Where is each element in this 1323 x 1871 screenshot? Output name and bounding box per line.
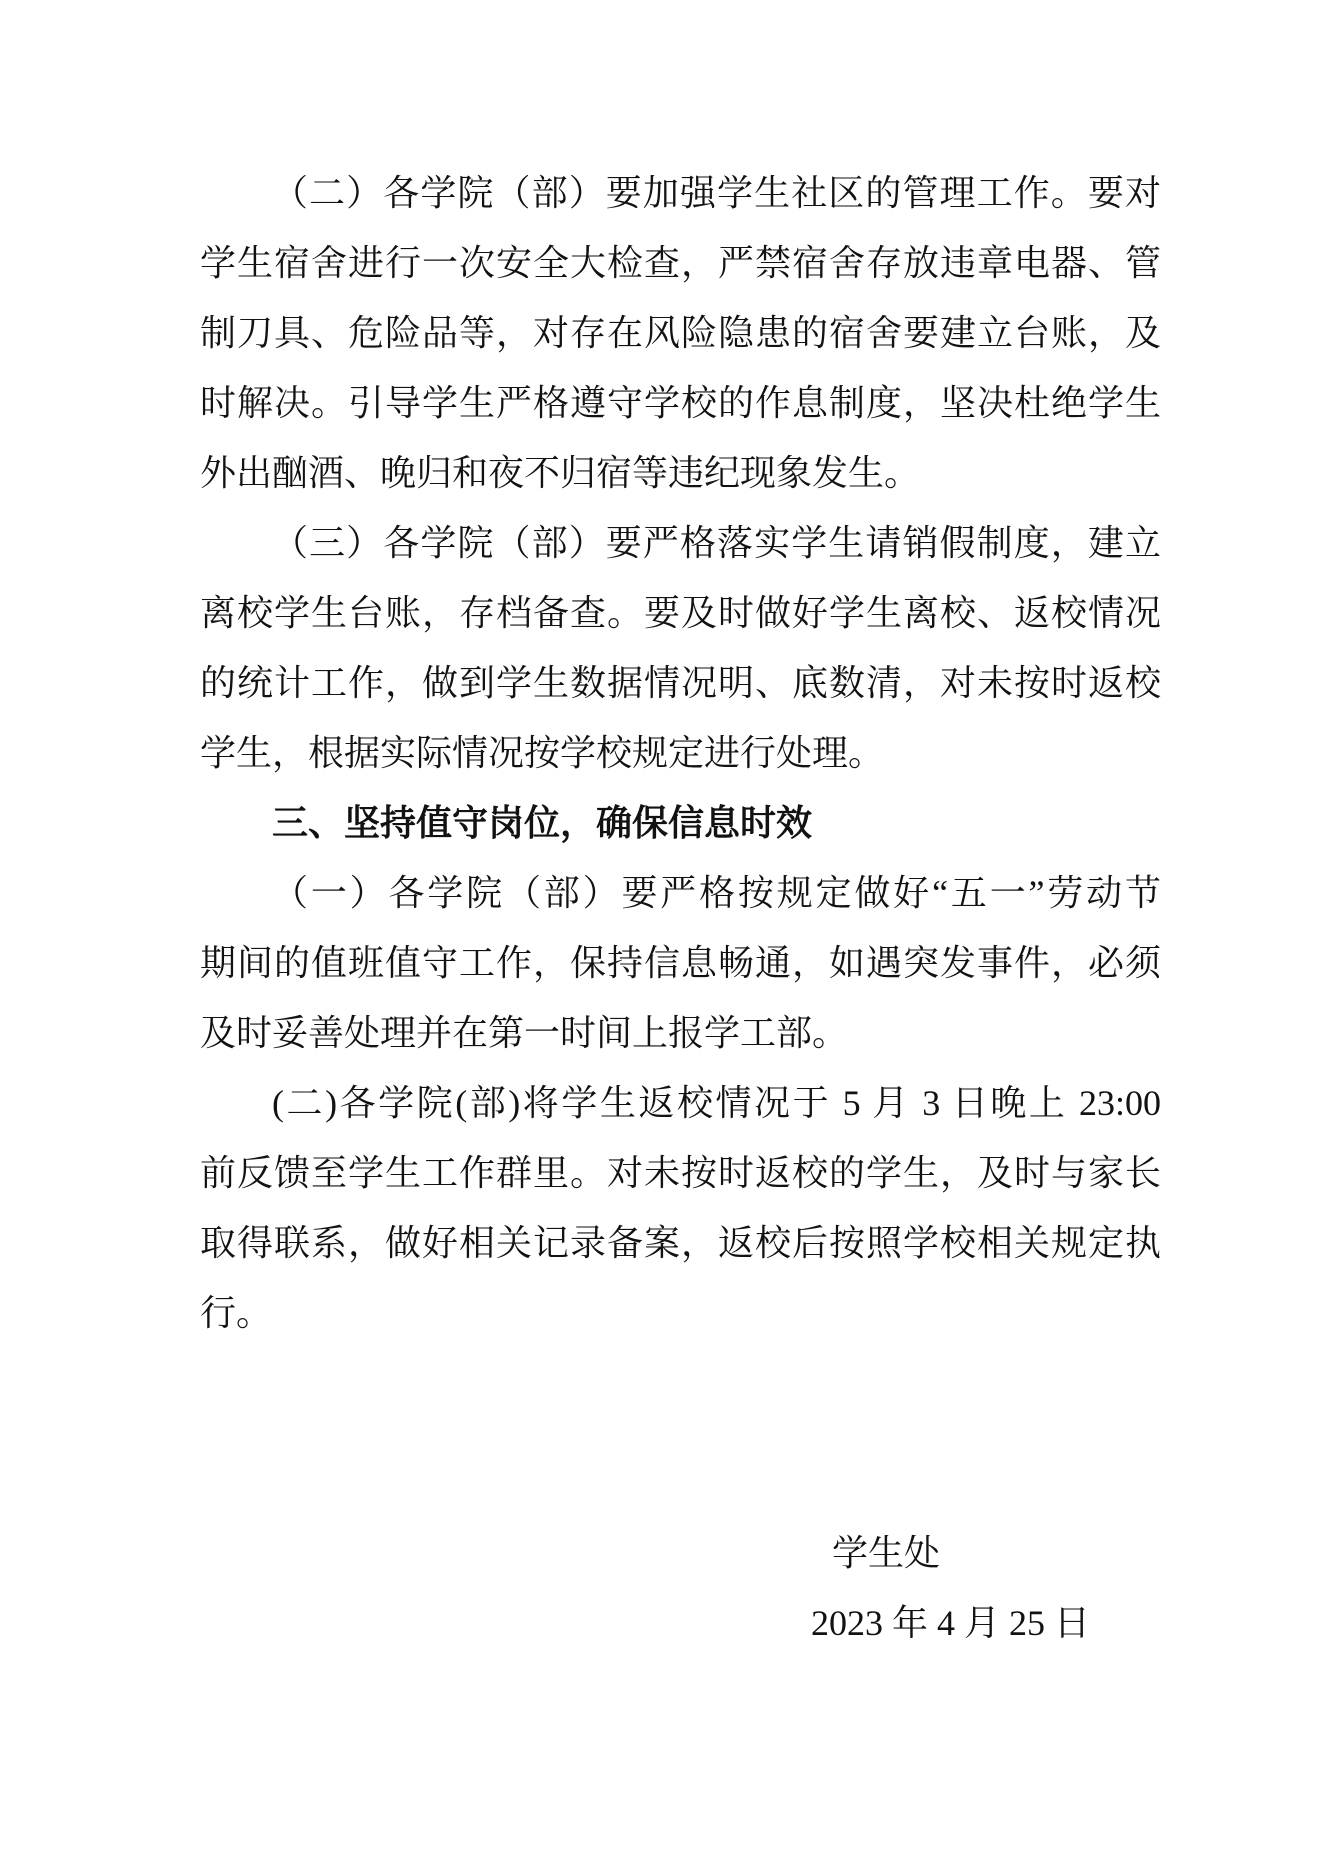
document-body: （二）各学院（部）要加强学生社区的管理工作。要对学生宿舍进行一次安全大检查，严禁…: [0, 0, 1323, 1658]
signature-name: 学生处: [200, 1518, 1161, 1588]
paragraph-line: 外出酗酒、晚归和夜不归宿等违纪现象发生。: [200, 438, 1161, 508]
paragraph-line: 制刀具、危险品等，对存在风险隐患的宿舍要建立台账，及: [200, 298, 1161, 368]
document-page: （二）各学院（部）要加强学生社区的管理工作。要对学生宿舍进行一次安全大检查，严禁…: [0, 0, 1323, 1871]
paragraph-line: 学生，根据实际情况按学校规定进行处理。: [200, 718, 1161, 788]
paragraph-section2-item2: （二）各学院（部）要加强学生社区的管理工作。要对学生宿舍进行一次安全大检查，严禁…: [200, 158, 1161, 508]
paragraph-line: (二)各学院(部)将学生返校情况于 5 月 3 日晚上 23:00: [200, 1068, 1161, 1138]
paragraph-line: 的统计工作，做到学生数据情况明、底数清，对未按时返校: [200, 648, 1161, 718]
paragraph-line: 学生宿舍进行一次安全大检查，严禁宿舍存放违章电器、管: [200, 228, 1161, 298]
paragraph-line: 期间的值班值守工作，保持信息畅通，如遇突发事件，必须: [200, 928, 1161, 998]
paragraph-line: （二）各学院（部）要加强学生社区的管理工作。要对: [200, 158, 1161, 228]
paragraph-line: （一）各学院（部）要严格按规定做好“五一”劳动节: [200, 858, 1161, 928]
paragraph-line: 取得联系，做好相关记录备案，返校后按照学校相关规定执: [200, 1208, 1161, 1278]
signature-date: 2023 年 4 月 25 日: [200, 1588, 1161, 1658]
signature-block: 学生处 2023 年 4 月 25 日: [200, 1518, 1161, 1658]
paragraph-line: 时解决。引导学生严格遵守学校的作息制度，坚决杜绝学生: [200, 368, 1161, 438]
paragraph-line: 前反馈至学生工作群里。对未按时返校的学生，及时与家长: [200, 1138, 1161, 1208]
paragraph-line: 及时妥善处理并在第一时间上报学工部。: [200, 998, 1161, 1068]
section3-heading: 三、坚持值守岗位，确保信息时效: [200, 788, 1161, 858]
paragraph-line: 离校学生台账，存档备查。要及时做好学生离校、返校情况: [200, 578, 1161, 648]
paragraph-line: 行。: [200, 1278, 1161, 1348]
paragraph-line: （三）各学院（部）要严格落实学生请销假制度，建立: [200, 508, 1161, 578]
paragraph-section3-item1: （一）各学院（部）要严格按规定做好“五一”劳动节期间的值班值守工作，保持信息畅通…: [200, 858, 1161, 1068]
paragraph-section3-item2: (二)各学院(部)将学生返校情况于 5 月 3 日晚上 23:00前反馈至学生工…: [200, 1068, 1161, 1348]
paragraph-section2-item3: （三）各学院（部）要严格落实学生请销假制度，建立离校学生台账，存档备查。要及时做…: [200, 508, 1161, 788]
